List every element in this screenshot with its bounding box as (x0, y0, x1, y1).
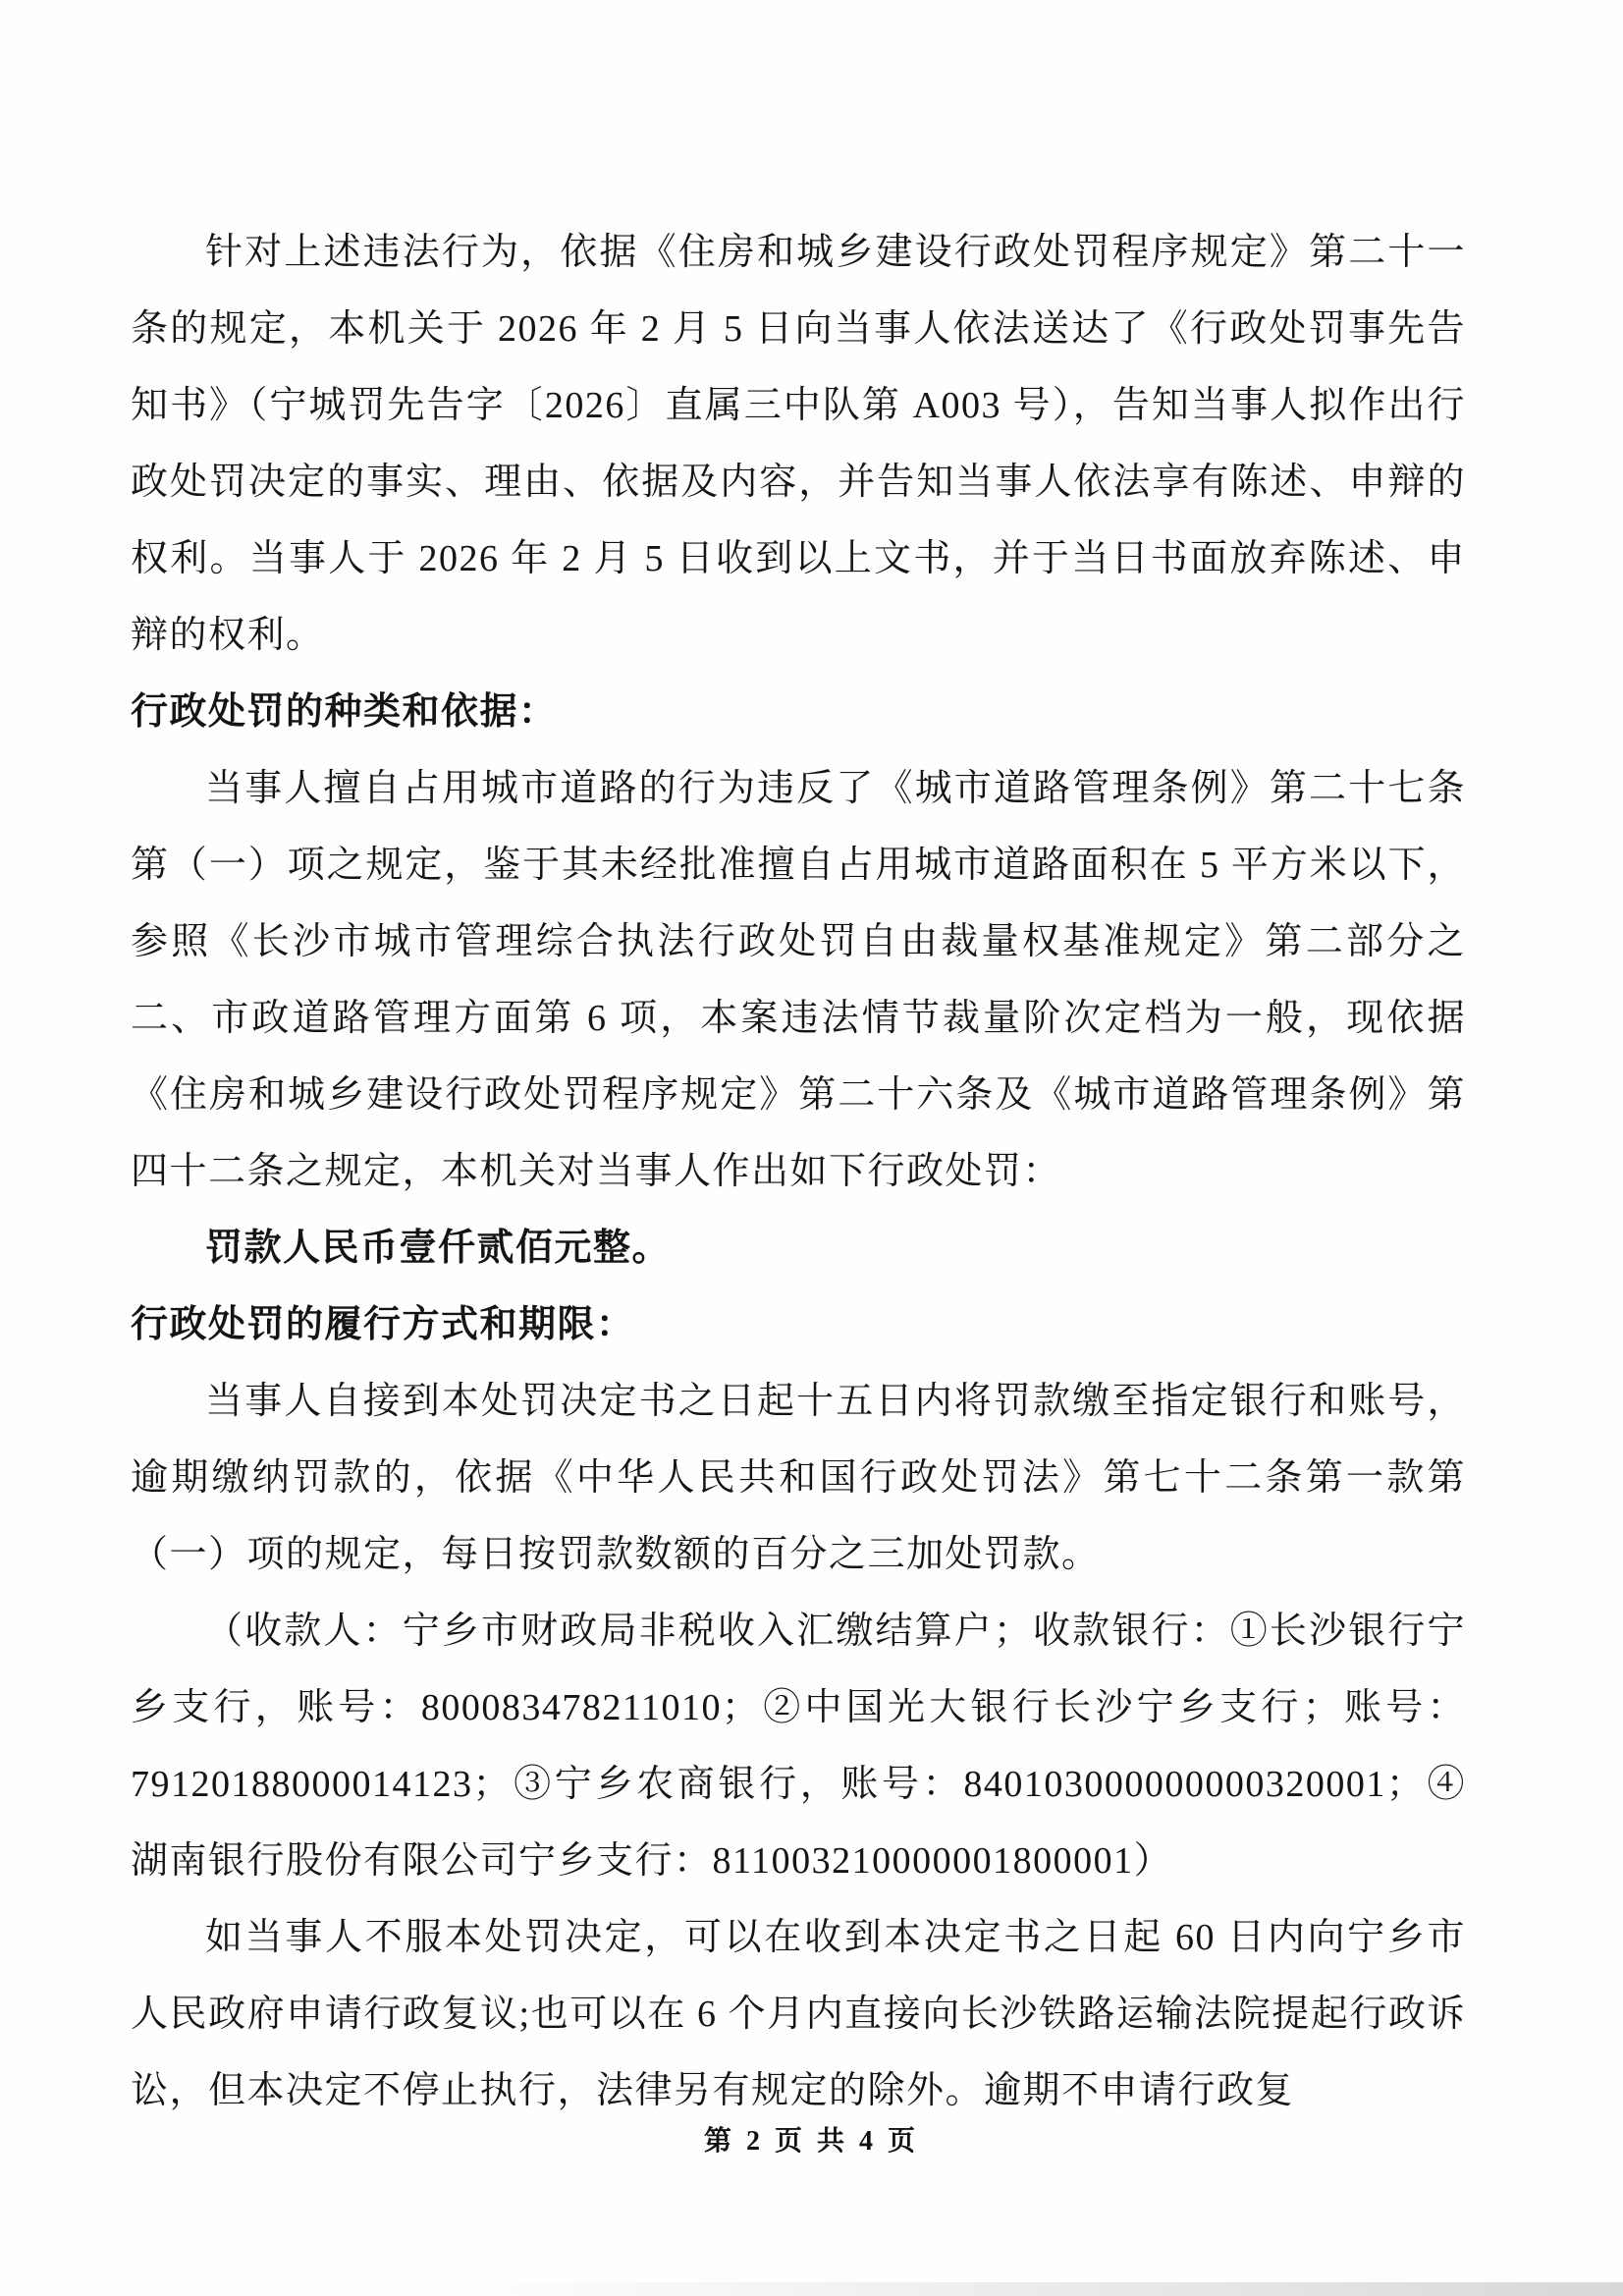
section-heading-penalty-execution: 行政处罚的履行方式和期限： (131, 1286, 1466, 1363)
paragraph-appeal-rights: 如当事人不服本处罚决定，可以在收到本决定书之日起 60 日内向宁乡市人民政府申请… (131, 1899, 1466, 2129)
scan-artifact-edge (471, 2282, 1623, 2296)
paragraph-violation-basis: 当事人擅自占用城市道路的行为违反了《城市道路管理条例》第二十七条第（一）项之规定… (131, 750, 1466, 1210)
paragraph-bank-accounts: （收款人：宁乡市财政局非税收入汇缴结算户；收款银行：①长沙银行宁乡支行，账号：8… (131, 1593, 1466, 1899)
document-body: 针对上述违法行为，依据《住房和城乡建设行政处罚程序规定》第二十一条的规定，本机关… (131, 214, 1466, 2129)
document-page: 针对上述违法行为，依据《住房和城乡建设行政处罚程序规定》第二十一条的规定，本机关… (0, 0, 1623, 2296)
paragraph-prior-notice: 针对上述违法行为，依据《住房和城乡建设行政处罚程序规定》第二十一条的规定，本机关… (131, 214, 1466, 674)
paragraph-payment-deadline: 当事人自接到本处罚决定书之日起十五日内将罚款缴至指定银行和账号，逾期缴纳罚款的，… (131, 1363, 1466, 1593)
paragraph-fine-amount: 罚款人民币壹仟贰佰元整。 (131, 1210, 1466, 1286)
section-heading-penalty-type-basis: 行政处罚的种类和依据： (131, 674, 1466, 750)
page-footer: 第 2 页 共 4 页 (0, 2119, 1623, 2159)
